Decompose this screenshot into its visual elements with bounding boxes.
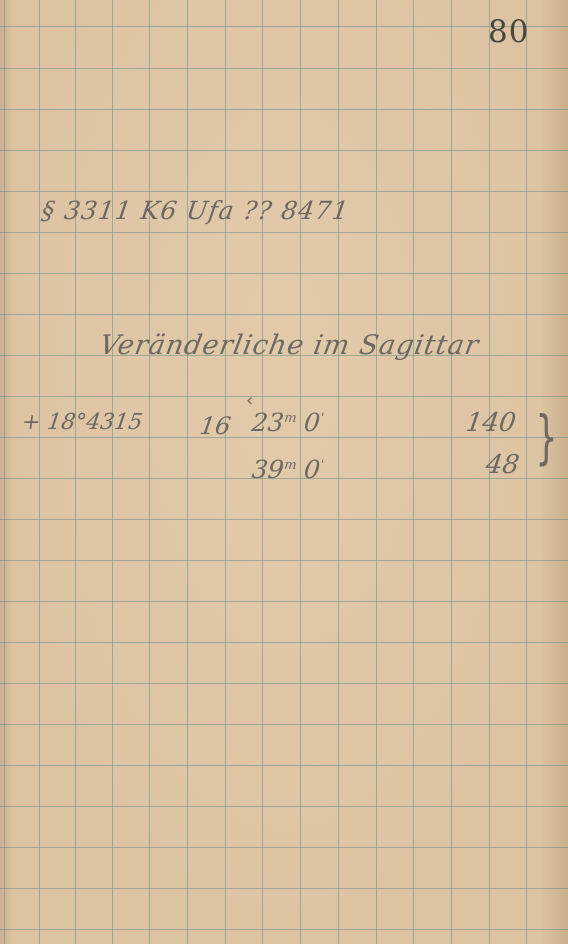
seconds-1: 0 (303, 408, 322, 437)
subtitle-line: Veränderliche im Sagittar (97, 330, 481, 361)
catalog-header-line: § 3311 K6 Ufa ?? 8471 (40, 196, 351, 225)
minute-unit: m (283, 411, 297, 426)
declination: + 18°4315 (20, 410, 144, 435)
right-ascension-hours: 16 (198, 412, 232, 440)
brace-icon: } (535, 408, 557, 466)
value-2: 48 (484, 450, 521, 480)
minutes-2: 39 (250, 455, 285, 484)
time-row-2: 39m 0' (250, 455, 325, 484)
notebook-page: 80 § 3311 K6 Ufa ?? 8471 Veränderliche i… (0, 0, 568, 944)
minutes-1: 23 (250, 408, 285, 437)
seconds-2: 0 (303, 455, 322, 484)
minute-unit: m (283, 458, 297, 473)
time-row-1: 23m 0' (250, 408, 325, 437)
hour-mark-icon: ‹ (246, 390, 253, 411)
value-1: 140 (464, 408, 518, 438)
page-number: 80 (488, 14, 529, 50)
